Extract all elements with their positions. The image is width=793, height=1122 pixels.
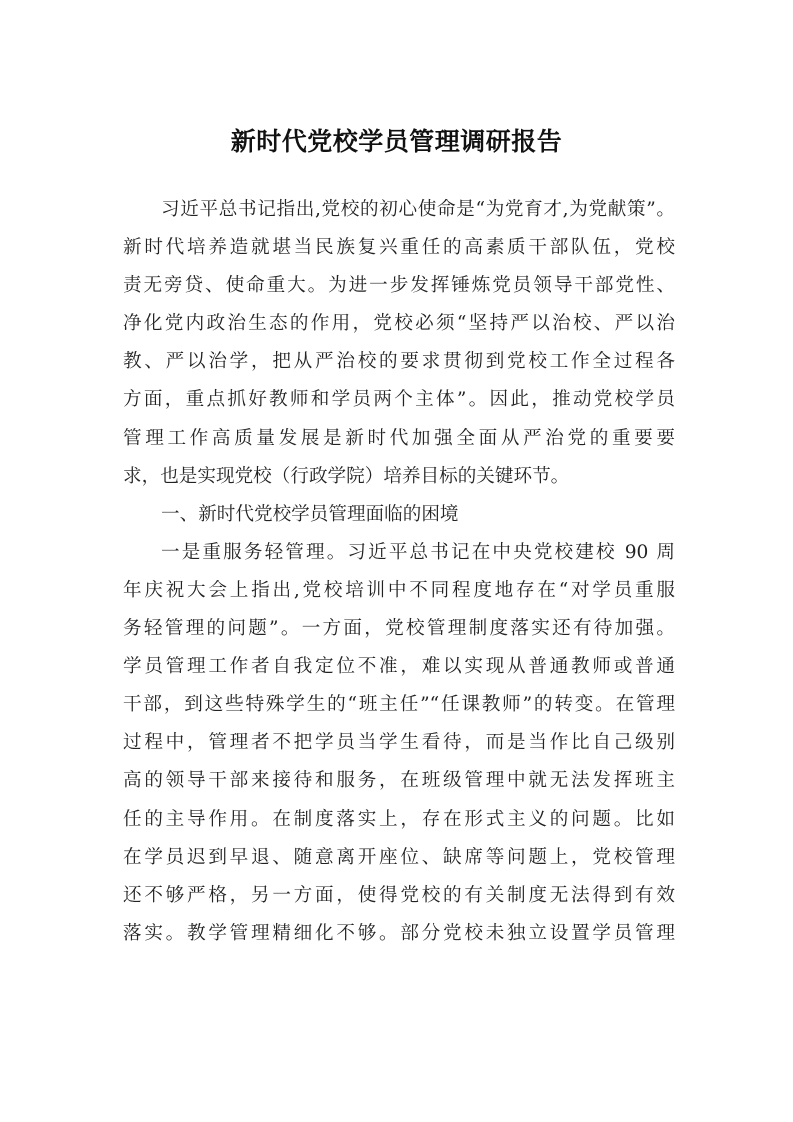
paragraph-line: 落实。教学管理精细化不够。部分党校未独立设置学员管理 <box>123 915 675 953</box>
paragraph-line: 新时代培养造就堪当民族复兴重任的高素质干部队伍，党校 <box>123 229 675 267</box>
paragraph-line: 责无旁贷、使命重大。为进一步发挥锤炼党员领导干部党性、 <box>123 267 675 305</box>
document-body: 习近平总书记指出,党校的初心使命是“为党育才,为党献策”。新时代培养造就堪当民族… <box>123 191 675 953</box>
paragraph-line: 还不够严格，另一方面，使得党校的有关制度无法得到有效 <box>123 877 675 915</box>
paragraph-line: 任的主导作用。在制度落实上，存在形式主义的问题。比如 <box>123 801 675 839</box>
paragraph-line: 方面，重点抓好教师和学员两个主体”。因此，推动党校学员 <box>123 381 675 419</box>
paragraph-line: 净化党内政治生态的作用，党校必须“坚持严以治校、严以治 <box>123 305 675 343</box>
paragraph-line: 求，也是实现党校（行政学院）培养目标的关键环节。 <box>123 458 675 496</box>
document-title: 新时代党校学员管理调研报告 <box>0 124 793 160</box>
paragraph-line: 务轻管理的问题”。一方面，党校管理制度落实还有待加强。 <box>123 610 675 648</box>
paragraph-line: 一是重服务轻管理。习近平总书记在中央党校建校 90 周 <box>123 534 675 572</box>
paragraph-line: 高的领导干部来接待和服务，在班级管理中就无法发挥班主 <box>123 762 675 800</box>
document-page: 新时代党校学员管理调研报告 习近平总书记指出,党校的初心使命是“为党育才,为党献… <box>0 0 793 1122</box>
paragraph-line: 管理工作高质量发展是新时代加强全面从严治党的重要要 <box>123 420 675 458</box>
paragraph-line: 学员管理工作者自我定位不准，难以实现从普通教师或普通 <box>123 648 675 686</box>
paragraph-line: 过程中，管理者不把学员当学生看待，而是当作比自己级别 <box>123 724 675 762</box>
paragraph-line: 干部，到这些特殊学生的“班主任”“任课教师”的转变。在管理 <box>123 686 675 724</box>
paragraph-line: 在学员迟到早退、随意离开座位、缺席等问题上，党校管理 <box>123 839 675 877</box>
section-heading: 一、新时代党校学员管理面临的困境 <box>123 496 675 534</box>
paragraph-line: 年庆祝大会上指出,党校培训中不同程度地存在“对学员重服 <box>123 572 675 610</box>
paragraph-line: 教、严以治学，把从严治校的要求贯彻到党校工作全过程各 <box>123 343 675 381</box>
paragraph-line: 习近平总书记指出,党校的初心使命是“为党育才,为党献策”。 <box>123 191 675 229</box>
